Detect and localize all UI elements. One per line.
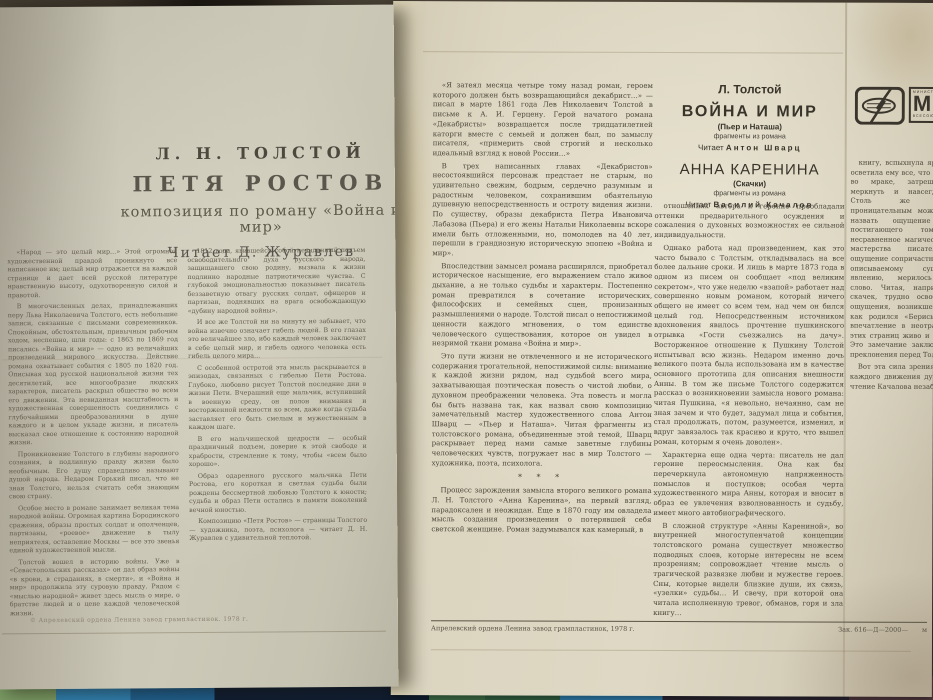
liner-notes-paragraphs: отношениях автора к героине преобладали … xyxy=(653,202,844,619)
paragraph: В трех написанных главах «Декабристов» н… xyxy=(432,162,652,260)
paragraph: «Народ — это целый мир…» Этой огромной х… xyxy=(7,248,177,300)
paragraph: Проникновение Толстого в глубины народно… xyxy=(9,450,179,502)
paragraph: Особое место в романе занимает великая т… xyxy=(9,504,179,556)
liner-notes-column-2: 1812 года, явившейся собой невиданный по… xyxy=(187,247,368,616)
paragraph: 1812 года, явившейся собой невиданный по… xyxy=(187,247,365,316)
paragraph: отношениях автора к героине преобладали … xyxy=(654,202,844,241)
footer-rule xyxy=(2,631,386,635)
photo-of-record-sleeves: { "left_sleeve": { "author": "Л. Н. ТОЛС… xyxy=(0,0,933,700)
section-separator: * * * xyxy=(432,473,652,483)
work2-subtitle: (Скачки) xyxy=(655,179,845,189)
work1-reader: Читает Антон Шварц xyxy=(655,143,845,153)
work2-title: АННА КАРЕНИНА xyxy=(655,161,845,179)
paragraph: В его мальчишеской щедрости — особый пра… xyxy=(189,434,367,469)
paragraph: Однако работа над произведением, как это… xyxy=(654,244,845,448)
album-header: Л. Толстой ВОЙНА И МИР (Пьер и Наташа) ф… xyxy=(654,82,844,210)
liner-notes-column-1: «Народ — это целый мир…» Этой огромной х… xyxy=(7,248,180,617)
liner-notes-paragraphs: Процесс зарождения замысла второго велик… xyxy=(431,486,651,535)
paragraph: С особенной остротой эта мысль раскрывае… xyxy=(188,363,366,432)
liner-notes-paragraphs: «Я затеял месяца четыре тому назад роман… xyxy=(432,81,653,469)
logo-bottom-caption: ВСЕСОЮЗНАЯ xyxy=(913,114,933,118)
reader-label: Читает xyxy=(698,143,724,152)
melodiya-initial-letter: М xyxy=(913,94,933,114)
adjacent-panel-text-column: книгу, вспыхнула ярким светом, осветила … xyxy=(849,159,933,645)
paragraph: Вот эта сила зрения, эта правда каждого … xyxy=(850,363,933,392)
paragraph: Толстой вошел в историю войны. Уже в «Се… xyxy=(9,558,179,618)
paragraph: Композицию «Петя Ростов» — страницы Толс… xyxy=(189,517,367,544)
paragraph: «Я затеял месяца четыре тому назад роман… xyxy=(433,81,653,159)
melodiya-emblem-icon xyxy=(855,87,905,125)
work1-subtitle: (Пьер и Наташа) xyxy=(655,122,845,132)
paragraph: книгу, вспыхнула ярким светом, осветила … xyxy=(850,159,933,361)
album-title: ПЕТЯ РОСТОВ xyxy=(101,169,399,196)
work1-title: ВОЙНА И МИР xyxy=(655,103,845,122)
paper-crease xyxy=(431,649,911,652)
work1-fragments-note: фрагменты из романа xyxy=(655,133,845,141)
liner-notes-paragraphs: книгу, вспыхнула ярким светом, осветила … xyxy=(850,159,933,393)
paragraph: Процесс зарождения замысла второго велик… xyxy=(431,486,651,535)
album-author: Л. Толстой xyxy=(655,82,845,97)
liner-notes-column-1: «Я затеял месяца четыре тому назад роман… xyxy=(431,81,653,618)
album-subtitle: композиция по роману «Война и мир» xyxy=(101,202,398,236)
paragraph: Характерна еще одна черта: писатель не д… xyxy=(653,451,843,520)
paragraph: В сложной структуре «Анны Карениной», во… xyxy=(653,521,843,618)
melodiya-wordmark-box: МИНИСТЕРСТВО М ВСЕСОЮЗНАЯ xyxy=(909,87,933,123)
liner-notes-paragraphs: 1812 года, явившейся собой невиданный по… xyxy=(187,247,367,544)
liner-notes-paragraphs: «Народ — это целый мир…» Этой огромной х… xyxy=(7,248,180,617)
paragraph: Это пути жизни не отвлеченного и не исто… xyxy=(432,352,652,469)
paragraph: В многочисленных делах, принадлежавших п… xyxy=(8,302,179,448)
pressing-plant-imprint: © Апрелевский ордена Ленина завод грампл… xyxy=(30,615,370,624)
reader-name: Антон Шварц xyxy=(726,143,801,152)
pressing-plant-imprint: Апрелевский ордена Ленина завод грамплас… xyxy=(431,624,635,633)
paragraph: И все же Толстой ни на минуту не забывае… xyxy=(188,318,366,362)
album-author: Л. Н. ТОЛСТОЙ xyxy=(101,142,399,163)
work2-fragments-note: фрагменты из романа xyxy=(655,190,845,198)
liner-notes-column-2: отношениях автора к героине преобладали … xyxy=(653,202,844,619)
left-sleeve-back-cover: Л. Н. ТОЛСТОЙ ПЕТЯ РОСТОВ композиция по … xyxy=(0,5,398,690)
album-header: Л. Н. ТОЛСТОЙ ПЕТЯ РОСТОВ композиция по … xyxy=(101,142,399,261)
right-sleeve-back-cover: «Я затеял месяца четыре тому назад роман… xyxy=(391,1,933,697)
paragraph: Образ одаренного русского мальчика Пети … xyxy=(189,471,367,515)
paper-crease xyxy=(423,51,843,53)
paragraph: Впоследствии замысел романа расширялся, … xyxy=(432,262,652,350)
